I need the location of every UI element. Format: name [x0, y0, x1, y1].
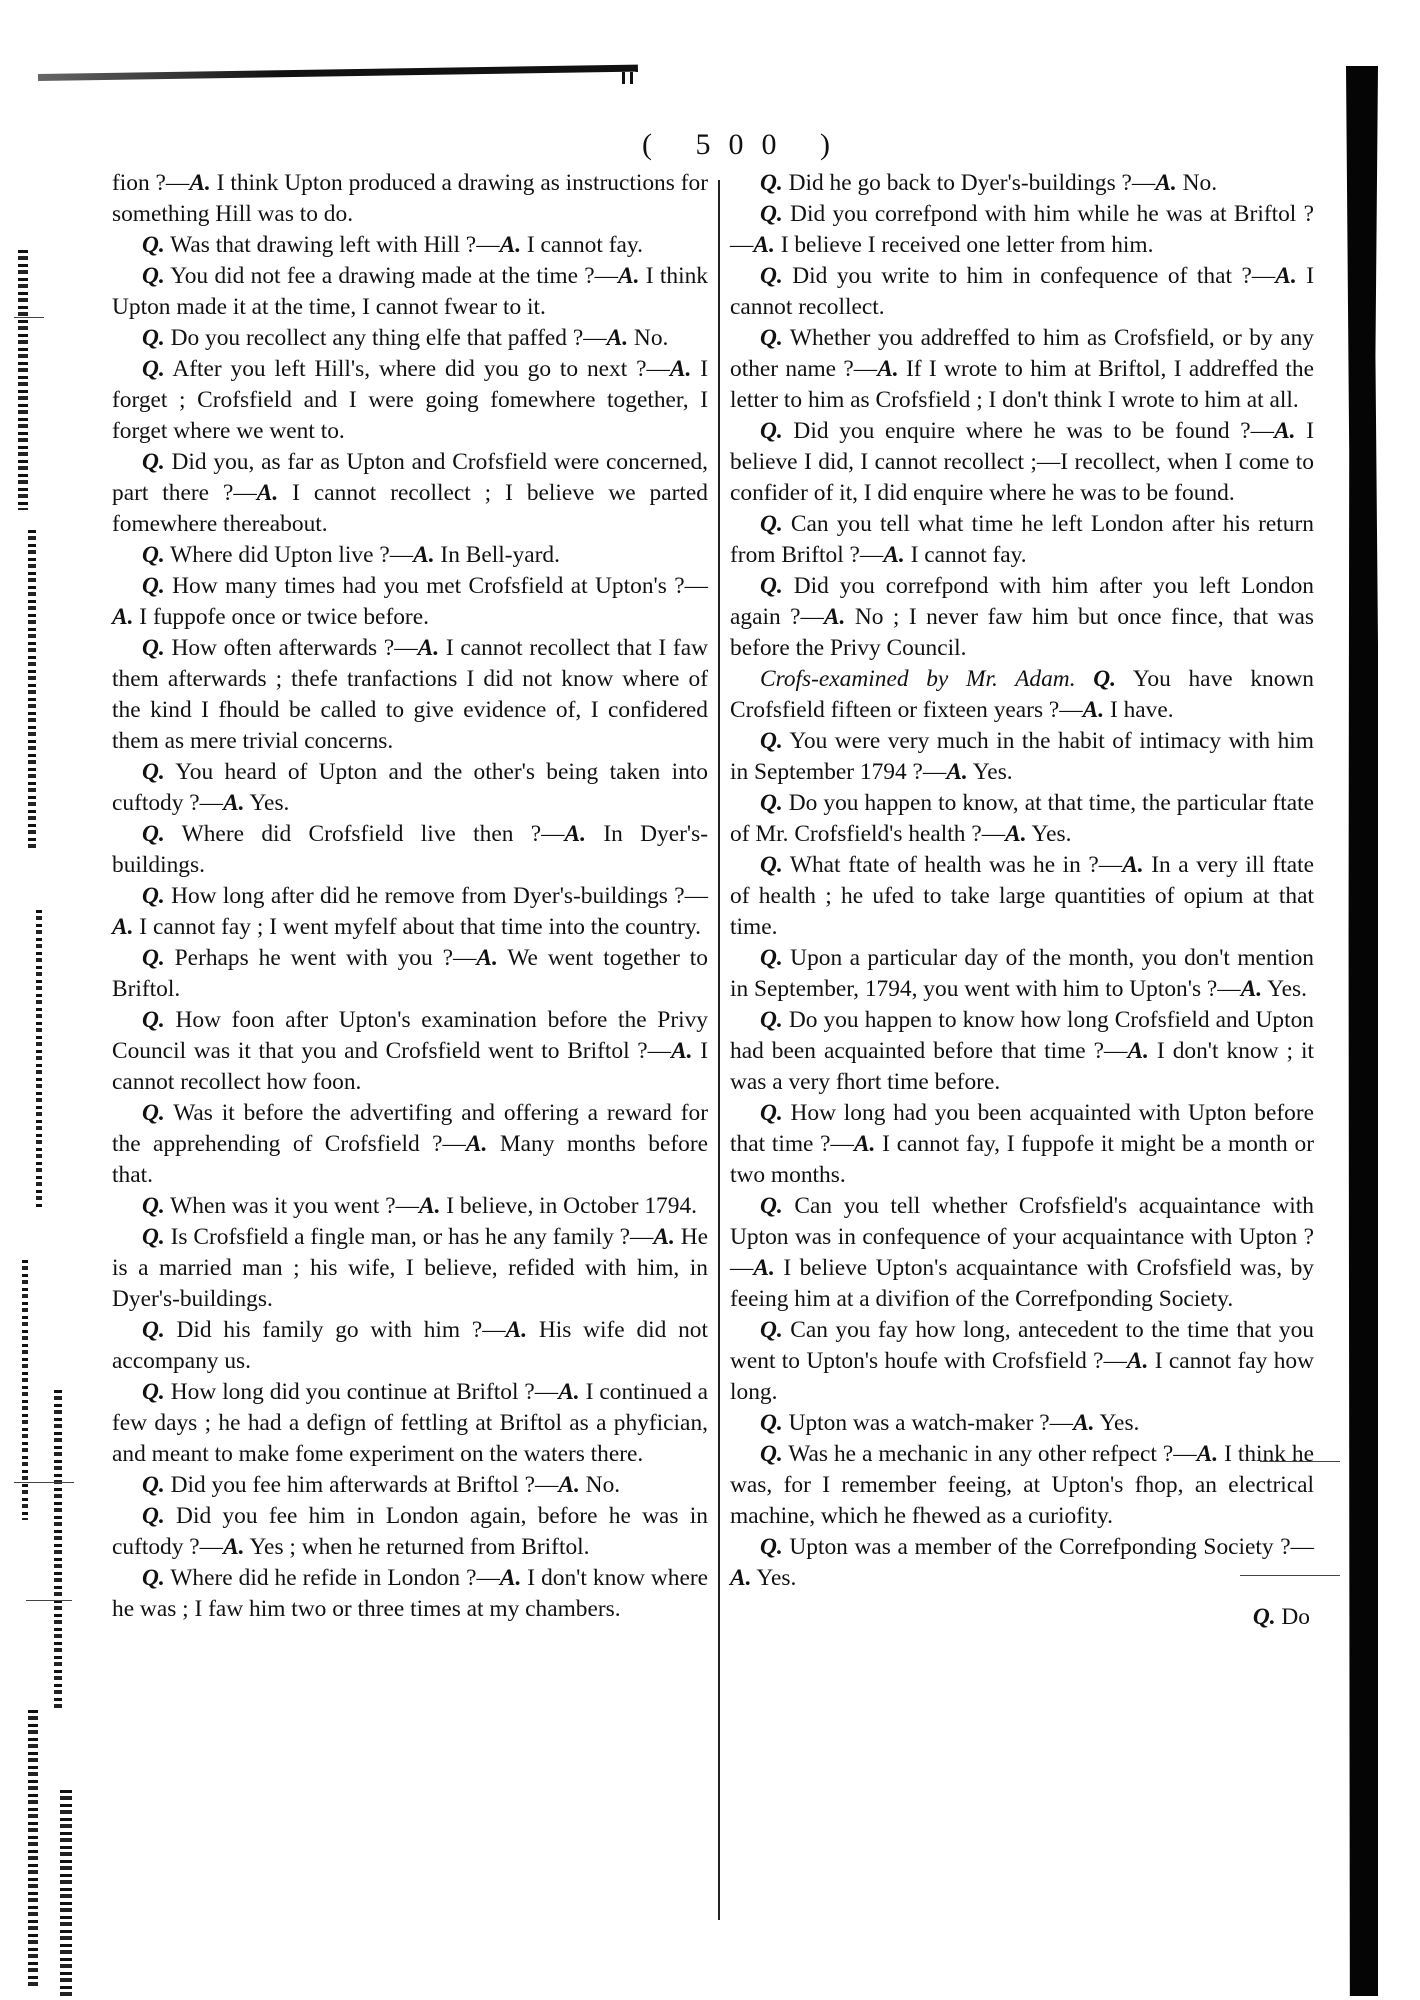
- question-text: Upton was a watch-maker ?—: [783, 1410, 1073, 1436]
- question-text: Did his family go with him ?—: [165, 1317, 506, 1343]
- question-marker: Q.: [760, 852, 783, 878]
- qa-paragraph: Q. Whether you addreffed to him as Crofs…: [730, 323, 1314, 416]
- noise-strip: [28, 1710, 38, 1990]
- answer-text: Yes.: [968, 759, 1013, 785]
- answer-marker: A.: [653, 1224, 674, 1250]
- question-text: Perhaps he went with you ?—: [165, 945, 477, 971]
- qa-paragraph: Q. Perhaps he went with you ?—A. We went…: [112, 943, 708, 1005]
- qa-paragraph: Q. After you left Hill's, where did you …: [112, 354, 708, 447]
- answer-marker: A.: [753, 232, 774, 258]
- answer-text: In Bell-yard.: [435, 542, 560, 568]
- question-marker: Q.: [142, 759, 165, 785]
- answer-marker: A.: [1005, 821, 1026, 847]
- question-marker: Q.: [142, 449, 165, 475]
- question-marker: Q.: [142, 542, 165, 568]
- binding-shadow-bar: [1346, 66, 1378, 1996]
- answer-marker: A.: [1083, 697, 1104, 723]
- answer-marker: A.: [223, 1534, 244, 1560]
- left-column: fion ?—A. I think Upton produced a drawi…: [112, 168, 708, 1625]
- answer-text: No.: [580, 1472, 620, 1498]
- question-text: What ftate of health was he in ?—: [783, 852, 1122, 878]
- question-marker: Q.: [760, 945, 783, 971]
- question-marker: Q.: [760, 1534, 783, 1560]
- qa-paragraph: Q. You did not fee a drawing made at the…: [112, 261, 708, 323]
- question-text: Did you enquire where he was to be found…: [783, 418, 1274, 444]
- catchword: Q. Do: [730, 1602, 1314, 1633]
- question-marker: Q.: [142, 945, 165, 971]
- answer-marker: A.: [1155, 170, 1176, 196]
- question-text: You did not fee a drawing made at the ti…: [165, 263, 618, 289]
- qa-paragraph: Q. Can you fay how long, antecedent to t…: [730, 1315, 1314, 1408]
- qa-paragraph: Crofs-examined by Mr. Adam. Q. You have …: [730, 664, 1314, 726]
- answer-marker: A.: [466, 1131, 487, 1157]
- scan-artifact-line: [14, 1482, 74, 1483]
- answer-marker: A.: [558, 1379, 579, 1405]
- noise-strip: [28, 530, 36, 850]
- qa-paragraph: Q. Did you, as far as Upton and Crofsfie…: [112, 447, 708, 540]
- answer-marker: A.: [1127, 1348, 1148, 1374]
- qa-paragraph: Q. Where did Upton live ?—A. In Bell-yar…: [112, 540, 708, 571]
- question-marker: Q.: [142, 1472, 165, 1498]
- qa-paragraph: Q. Do you happen to know how long Crofsf…: [730, 1005, 1314, 1098]
- question-marker: Q.: [142, 356, 165, 382]
- answer-marker: A.: [1274, 418, 1295, 444]
- question-marker: Q.: [760, 1100, 783, 1126]
- answer-marker: A.: [607, 325, 628, 351]
- answer-marker: A.: [189, 170, 210, 196]
- question-marker: Q.: [760, 573, 783, 599]
- answer-marker: A.: [1275, 263, 1296, 289]
- qa-paragraph: Q. Did his family go with him ?—A. His w…: [112, 1315, 708, 1377]
- qa-paragraph: Q. Was he a mechanic in any other refpec…: [730, 1439, 1314, 1532]
- column-divider: [718, 180, 720, 1920]
- qa-paragraph: Q. Did you fee him afterwards at Briftol…: [112, 1470, 708, 1501]
- qa-paragraph: Q. How long after did he remove from Dye…: [112, 881, 708, 943]
- answer-marker: A.: [500, 1565, 521, 1591]
- qa-paragraph: Q. How many times had you met Crofsfield…: [112, 571, 708, 633]
- qa-paragraph: Q. Was that drawing left with Hill ?—A. …: [112, 230, 708, 261]
- qa-paragraph: Q. You were very much in the habit of in…: [730, 726, 1314, 788]
- question-text: Was that drawing left with Hill ?—: [165, 232, 500, 258]
- answer-text: Yes.: [751, 1565, 796, 1591]
- margin-scan-noise: [14, 210, 74, 2000]
- answer-marker: A.: [877, 356, 898, 382]
- answer-marker: A.: [670, 356, 691, 382]
- answer-marker: A.: [565, 821, 586, 847]
- answer-text: Yes ; when he returned from Briftol.: [245, 1534, 590, 1560]
- section-heading: Crofs-examined by Mr. Adam.: [760, 666, 1093, 692]
- answer-text: Yes.: [1095, 1410, 1140, 1436]
- answer-marker: A.: [1073, 1410, 1094, 1436]
- question-marker: Q.: [760, 1193, 783, 1219]
- question-marker: Q.: [760, 170, 783, 196]
- qa-paragraph: Q. Where did Crofsfield live then ?—A. I…: [112, 819, 708, 881]
- question-marker: Q.: [760, 728, 783, 754]
- question-marker: Q.: [1093, 666, 1116, 692]
- question-marker: Q.: [760, 511, 783, 537]
- question-marker: Q.: [142, 1007, 165, 1033]
- answer-text: I fuppofe once or twice before.: [133, 604, 429, 630]
- question-marker: Q.: [760, 1410, 783, 1436]
- question-text: How often afterwards ?—: [165, 635, 418, 661]
- answer-text: Yes.: [1027, 821, 1072, 847]
- question-text: When was it you went ?—: [165, 1193, 419, 1219]
- question-marker: Q.: [142, 1317, 165, 1343]
- answer-marker: A.: [500, 232, 521, 258]
- question-text: After you left Hill's, where did you go …: [165, 356, 670, 382]
- qa-paragraph: Q. How foon after Upton's examination be…: [112, 1005, 708, 1098]
- answer-marker: A.: [730, 1565, 751, 1591]
- page-number: ( 500 ): [642, 128, 848, 162]
- qa-paragraph: Q. Did you correfpond with him after you…: [730, 571, 1314, 664]
- right-column: Q. Did he go back to Dyer's-buildings ?—…: [730, 168, 1314, 1656]
- question-marker: Q.: [760, 1007, 783, 1033]
- answer-marker: A.: [854, 1131, 875, 1157]
- qa-paragraph: Q. How long did you continue at Briftol …: [112, 1377, 708, 1470]
- scan-top-rule-tick: [622, 72, 625, 84]
- scan-top-rule: [38, 65, 638, 81]
- question-marker: Q.: [142, 1224, 165, 1250]
- question-text: Do you recollect any thing elfe that paf…: [165, 325, 607, 351]
- qa-paragraph: Q. Did you fee him in London again, befo…: [112, 1501, 708, 1563]
- question-text: How foon after Upton's examination befor…: [112, 1007, 708, 1064]
- question-text: You were very much in the habit of intim…: [730, 728, 1314, 785]
- question-text: How many times had you met Crofsfield at…: [165, 573, 708, 599]
- question-marker: Q.: [760, 1317, 783, 1343]
- question-text: Did he go back to Dyer's-buildings ?—: [783, 170, 1156, 196]
- scan-top-rule-tick: [630, 72, 633, 84]
- question-marker: Q.: [142, 635, 165, 661]
- answer-text: I cannot fay ; I went myfelf about that …: [133, 914, 701, 940]
- noise-strip: [22, 1260, 28, 1520]
- question-text: Is Crofsfield a fingle man, or has he an…: [165, 1224, 654, 1250]
- qa-paragraph: Q. Did you write to him in confequence o…: [730, 261, 1314, 323]
- qa-paragraph: Q. Upton was a watch-maker ?—A. Yes.: [730, 1408, 1314, 1439]
- qa-paragraph: Q. How long had you been acquainted with…: [730, 1098, 1314, 1191]
- answer-marker: A.: [753, 1255, 774, 1281]
- question-marker: Q.: [142, 1379, 165, 1405]
- question-marker: Q.: [142, 821, 165, 847]
- answer-text: I believe Upton's acquaintance with Crof…: [730, 1255, 1314, 1312]
- qa-paragraph: Q. Upon a particular day of the month, y…: [730, 943, 1314, 1005]
- question-marker: Q.: [142, 883, 165, 909]
- answer-marker: A.: [1127, 1038, 1148, 1064]
- answer-marker: A.: [618, 263, 639, 289]
- question-marker: Q.: [1253, 1604, 1282, 1630]
- qa-paragraph: Q. You heard of Upton and the other's be…: [112, 757, 708, 819]
- answer-text: No.: [628, 325, 668, 351]
- question-text: Where did Upton live ?—: [165, 542, 413, 568]
- question-marker: Q.: [142, 263, 165, 289]
- answer-marker: A.: [112, 604, 133, 630]
- question-marker: Q.: [760, 325, 783, 351]
- question-marker: Q.: [760, 418, 783, 444]
- answer-marker: A.: [1122, 852, 1143, 878]
- question-text: Upon a particular day of the month, you …: [730, 945, 1314, 1002]
- qa-paragraph: Q. Do you recollect any thing elfe that …: [112, 323, 708, 354]
- question-marker: Q.: [142, 325, 165, 351]
- noise-strip: [36, 910, 42, 1210]
- qa-paragraph: Q. Where did he refide in London ?—A. I …: [112, 1563, 708, 1625]
- catchword-text: Do: [1281, 1604, 1310, 1630]
- question-text: Upton was a member of the Correfponding …: [783, 1534, 1314, 1560]
- answer-marker: A.: [946, 759, 967, 785]
- question-text: fion ?—: [112, 170, 189, 196]
- qa-paragraph: Q. Did you enquire where he was to be fo…: [730, 416, 1314, 509]
- answer-marker: A.: [1241, 976, 1262, 1002]
- noise-strip: [60, 1790, 72, 2000]
- question-text: Where did Crofsfield live then ?—: [165, 821, 565, 847]
- answer-marker: A.: [257, 480, 278, 506]
- question-marker: Q.: [142, 1565, 165, 1591]
- noise-strip: [18, 250, 28, 510]
- answer-text: I cannot fay.: [521, 232, 643, 258]
- answer-marker: A.: [476, 945, 497, 971]
- answer-marker: A.: [112, 914, 133, 940]
- qa-paragraph: fion ?—A. I think Upton produced a drawi…: [112, 168, 708, 230]
- question-marker: Q.: [142, 232, 165, 258]
- noise-strip: [54, 1390, 62, 1710]
- answer-text: Yes.: [1262, 976, 1307, 1002]
- qa-paragraph: Q. Upton was a member of the Correfpondi…: [730, 1532, 1314, 1594]
- qa-paragraph: Q. How often afterwards ?—A. I cannot re…: [112, 633, 708, 757]
- answer-text: I believe I received one letter from him…: [775, 232, 1154, 258]
- qa-paragraph: Q. Do you happen to know, at that time, …: [730, 788, 1314, 850]
- scan-artifact-line: [14, 317, 44, 318]
- scan-artifact-line: [26, 1600, 72, 1601]
- answer-text: Yes.: [245, 790, 290, 816]
- qa-paragraph: Q. Can you tell whether Crofsfield's acq…: [730, 1191, 1314, 1315]
- qa-paragraph: Q. Can you tell what time he left London…: [730, 509, 1314, 571]
- answer-marker: A.: [824, 604, 845, 630]
- question-marker: Q.: [760, 1441, 783, 1467]
- question-marker: Q.: [760, 790, 783, 816]
- question-text: Did you fee him afterwards at Briftol ?—: [165, 1472, 559, 1498]
- question-text: How long did you continue at Briftol ?—: [165, 1379, 558, 1405]
- question-marker: Q.: [142, 1503, 165, 1529]
- question-text: Where did he refide in London ?—: [165, 1565, 500, 1591]
- qa-paragraph: Q. When was it you went ?—A. I believe, …: [112, 1191, 708, 1222]
- question-marker: Q.: [142, 1100, 165, 1126]
- question-text: Was he a mechanic in any other refpect ?…: [783, 1441, 1197, 1467]
- question-text: You heard of Upton and the other's being…: [112, 759, 708, 816]
- question-marker: Q.: [142, 1193, 165, 1219]
- answer-text: I cannot fay.: [905, 542, 1027, 568]
- answer-marker: A.: [418, 635, 439, 661]
- answer-marker: A.: [1197, 1441, 1218, 1467]
- question-marker: Q.: [760, 201, 783, 227]
- question-marker: Q.: [760, 263, 783, 289]
- qa-paragraph: Q. Did he go back to Dyer's-buildings ?—…: [730, 168, 1314, 199]
- answer-text: I have.: [1104, 697, 1174, 723]
- question-text: Did you write to him in confequence of t…: [783, 263, 1276, 289]
- answer-marker: A.: [883, 542, 904, 568]
- answer-marker: A.: [558, 1472, 579, 1498]
- answer-marker: A.: [223, 790, 244, 816]
- answer-marker: A.: [506, 1317, 527, 1343]
- answer-marker: A.: [413, 542, 434, 568]
- answer-marker: A.: [671, 1038, 692, 1064]
- qa-paragraph: Q. Is Crofsfield a fingle man, or has he…: [112, 1222, 708, 1315]
- qa-paragraph: Q. Did you correfpond with him while he …: [730, 199, 1314, 261]
- answer-text: No.: [1177, 170, 1217, 196]
- qa-paragraph: Q. Was it before the advertifing and off…: [112, 1098, 708, 1191]
- question-marker: Q.: [142, 573, 165, 599]
- question-text: How long after did he remove from Dyer's…: [165, 883, 708, 909]
- answer-marker: A.: [419, 1193, 440, 1219]
- qa-paragraph: Q. What ftate of health was he in ?—A. I…: [730, 850, 1314, 943]
- answer-text: I believe, in October 1794.: [440, 1193, 697, 1219]
